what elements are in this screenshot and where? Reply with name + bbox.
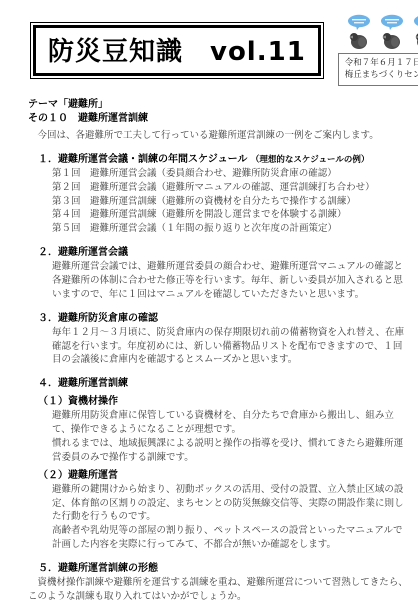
header: 防災豆知識 vol.11 bbox=[0, 0, 418, 86]
section-heading: ４．避難所運営訓練 bbox=[38, 377, 408, 391]
bird-with-speech-bubble-icon bbox=[346, 14, 372, 50]
section-paragraph: 避難所運営会議では、避難所運営委員の顔合わせ、避難所運営マニュアルの確認と各避難… bbox=[52, 260, 408, 302]
section-training-forms: ５．避難所運営訓練の形態 資機材操作訓練や避難所を運営する訓練を重ね、避難所運営… bbox=[38, 562, 408, 600]
speech-bubble-icon bbox=[348, 15, 370, 30]
section-heading: ５．避難所運営訓練の形態 bbox=[38, 562, 408, 576]
bird-with-speech-bubble-icon bbox=[412, 14, 418, 50]
subsection-shelter-operation: （２）避難所運営 避難所の鍵開けから始まり、初動ボックスの活用、受付の設置、立入… bbox=[38, 468, 408, 552]
section-paragraph: 資機材操作訓練や避難所を運営する訓練を重ね、避難所運営について習熟してきたら、こ… bbox=[28, 576, 408, 600]
section-annual-schedule: １．避難所運営会議・訓練の年間スケジュール （理想的なスケジュールの例） 第１回… bbox=[38, 153, 408, 236]
bird-icon bbox=[349, 33, 367, 49]
subsection-paragraph: 避難所用防災倉庫に保管している資機材を、自分たちで倉庫から搬出し、組み立て、操作… bbox=[52, 409, 408, 437]
section-heading: ２．避難所運営会議 bbox=[38, 246, 408, 260]
theme-heading: テーマ「避難所」 bbox=[28, 98, 408, 113]
bird-with-speech-bubble-icon bbox=[379, 14, 405, 50]
lead-paragraph: 今回は、各避難所で工夫して行っている避難所運営訓練の一例をご案内します。 bbox=[28, 129, 408, 143]
section-heading: ３．避難所防災倉庫の確認 bbox=[38, 312, 408, 326]
subsection-heading: （２）避難所運営 bbox=[38, 468, 408, 483]
subsection-paragraph: 高齢者や乳幼児等の部屋の割り振り、ペットスペースの設営といったマニュアルで計画し… bbox=[52, 524, 408, 552]
section-heading: １．避難所運営会議・訓練の年間スケジュール （理想的なスケジュールの例） bbox=[38, 153, 408, 167]
list-item: 第４回 避難所運営訓練（避難所を開設し運営までを体験する訓練） bbox=[52, 208, 408, 222]
header-icons bbox=[346, 14, 418, 50]
intro-block: テーマ「避難所」 その１０ 避難所運営訓練 今回は、各避難所で工夫して行っている… bbox=[28, 98, 408, 143]
section-storage-check: ３．避難所防災倉庫の確認 毎年１２月～３月頃に、防災倉庫内の保存期限切れ前の備蓄… bbox=[38, 312, 408, 368]
section-paragraph: 毎年１２月～３月頃に、防災倉庫内の保存期限切れ前の備蓄物資を入れ替え、在庫確認を… bbox=[52, 326, 408, 368]
section-heading-note: （理想的なスケジュールの例） bbox=[251, 155, 370, 165]
section-management-meeting: ２．避難所運営会議 避難所運営会議では、避難所運営委員の顔合わせ、避難所運営マニ… bbox=[38, 246, 408, 302]
issuer-name: 梅丘まちづくりセンター bbox=[345, 69, 418, 81]
date-box: 令和７年６月１７日 梅丘まちづくりセンター bbox=[338, 53, 418, 86]
schedule-list: 第１回 避難所運営会議（委員顔合わせ、避難所防災倉庫の確認） 第２回 避難所運営… bbox=[52, 167, 408, 236]
list-item: 第５回 避難所運営会議（１年間の振り返りと次年度の計画策定） bbox=[52, 222, 408, 236]
subtitle-heading: その１０ 避難所運営訓練 bbox=[28, 112, 408, 127]
document-page: 防災豆知識 vol.11 bbox=[0, 0, 418, 600]
section-operation-training: ４．避難所運営訓練 （１）資機材操作 避難所用防災倉庫に保管している資機材を、自… bbox=[38, 377, 408, 552]
bird-icon bbox=[382, 33, 400, 49]
subsection-equipment-operation: （１）資機材操作 避難所用防災倉庫に保管している資機材を、自分たちで倉庫から搬出… bbox=[38, 394, 408, 464]
list-item: 第２回 避難所運営会議（避難所マニュアルの確認、運営訓練打ち合わせ） bbox=[52, 181, 408, 195]
header-right: 令和７年６月１７日 梅丘まちづくりセンター bbox=[338, 14, 418, 86]
speech-bubble-icon bbox=[414, 15, 418, 30]
page-title: 防災豆知識 vol.11 bbox=[33, 25, 321, 76]
subsection-paragraph: 慣れるまでは、地域振興課による説明と操作の指導を受け、慣れてきたら避難所運営委員… bbox=[52, 437, 408, 465]
section-heading-text: １．避難所運営会議・訓練の年間スケジュール bbox=[38, 154, 247, 165]
list-item: 第１回 避難所運営会議（委員顔合わせ、避難所防災倉庫の確認） bbox=[52, 167, 408, 181]
subsection-paragraph: 避難所の鍵開けから始まり、初動ボックスの活用、受付の設置、立入禁止区域の設定、体… bbox=[52, 483, 408, 525]
list-item: 第３回 避難所運営訓練（避難所の資機材を自分たちで操作する訓練） bbox=[52, 195, 408, 209]
title-box: 防災豆知識 vol.11 bbox=[30, 22, 324, 79]
subsection-heading: （１）資機材操作 bbox=[38, 394, 408, 409]
speech-bubble-icon bbox=[381, 15, 403, 30]
issue-date: 令和７年６月１７日 bbox=[345, 57, 418, 69]
